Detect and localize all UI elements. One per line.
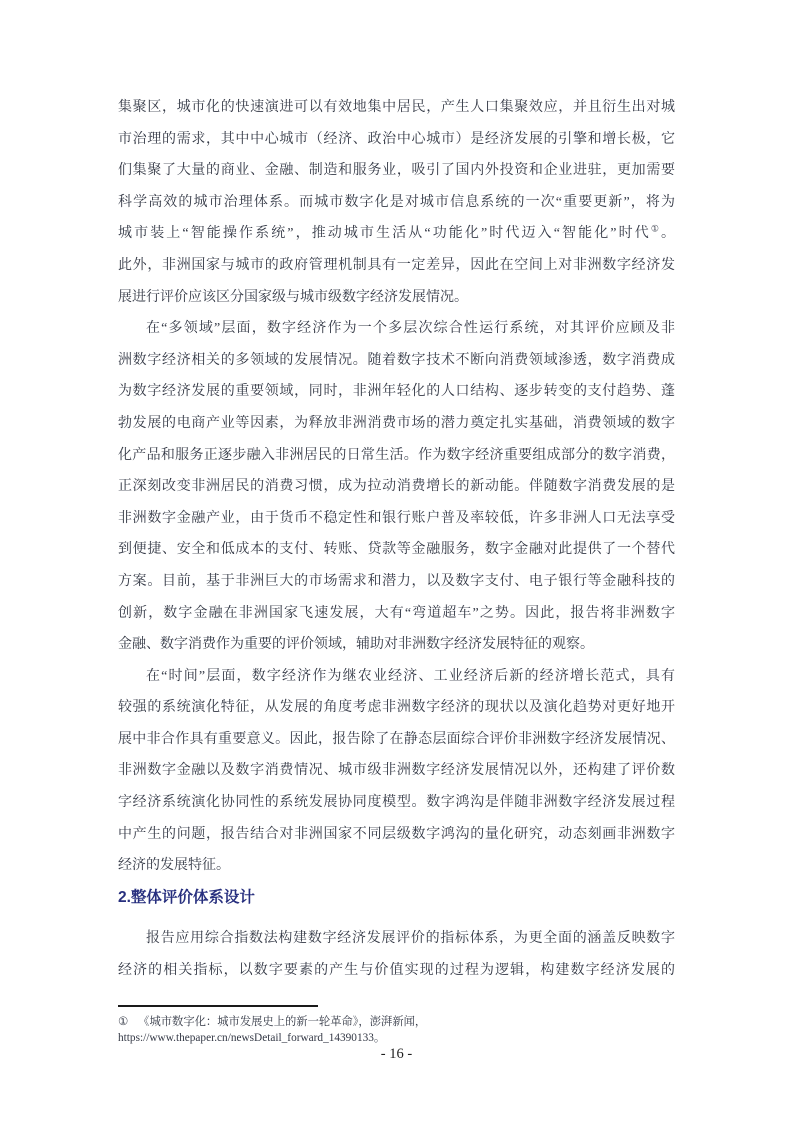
text-line: 正深刻改变非洲居民的消费习惯，成为拉动消费增长的新动能。伴随数字消费发展的是 — [118, 471, 675, 503]
text-line: 到便捷、安全和低成本的支付、转账、贷款等金融服务，数字金融对此提供了一个替代 — [118, 534, 675, 566]
text-line: 在“时间”层面，数字经济作为继农业经济、工业经济后新的经济增长范式，具有 — [118, 661, 675, 693]
text-line: 化产品和服务正逐步融入非洲居民的日常生活。作为数字经济重要组成部分的数字消费， — [118, 440, 675, 472]
text-line: 非洲数字金融产业，由于货币不稳定性和银行账户普及率较低，许多非洲人口无法享受 — [118, 503, 675, 535]
text-line: 字经济系统演化协同性的系统发展协同度模型。数字鸿沟是伴随非洲数字经济发展过程 — [118, 787, 675, 819]
text-line: 为数字经济发展的重要领域，同时，非洲年轻化的人口结构、逐步转变的支付趋势、蓬 — [118, 376, 675, 408]
document-page: 集聚区，城市化的快速演进可以有效地集中居民，产生人口集聚效应，并且衍生出对城市治… — [0, 0, 793, 1122]
text-line: 集聚区，城市化的快速演进可以有效地集中居民，产生人口集聚效应，并且衍生出对城 — [118, 92, 675, 124]
footnote-marker: ① — [118, 1016, 128, 1028]
text-line: 在“多领域”层面，数字经济作为一个多层次综合性运行系统，对其评价应顾及非 — [118, 313, 675, 345]
page-number: - 16 - — [0, 1046, 793, 1063]
text-line: 市治理的需求，其中中心城市（经济、政治中心城市）是经济发展的引擎和增长极，它 — [118, 124, 675, 156]
section-heading: 2.整体评价体系设计 — [118, 882, 675, 914]
footnote-ref-superscript: ① — [651, 224, 661, 234]
text-line: 洲数字经济相关的多领域的发展情况。随着数字技术不断向消费领域渗透，数字消费成 — [118, 345, 675, 377]
document-body: 集聚区，城市化的快速演进可以有效地集中居民，产生人口集聚效应，并且衍生出对城市治… — [118, 92, 675, 987]
text-line: 较强的系统演化特征，从发展的角度考虑非洲数字经济的现状以及演化趋势对更好地开 — [118, 692, 675, 724]
text-line: 们集聚了大量的商业、金融、制造和服务业，吸引了国内外投资和企业进驻，更加需要 — [118, 155, 675, 187]
text-line: 中产生的问题，报告结合对非洲国家不同层级数字鸿沟的量化研究，动态刻画非洲数字 — [118, 819, 675, 851]
text-line: 经济的相关指标，以数字要素的产生与价值实现的过程为逻辑，构建数字经济发展的 — [118, 955, 675, 987]
text-line: 展中非合作具有重要意义。因此，报告除了在静态层面综合评价非洲数字经济发展情况、 — [118, 724, 675, 756]
text-line: 科学高效的城市治理体系。而城市数字化是对城市信息系统的一次“重要更新”，将为 — [118, 187, 675, 219]
text-line: 城市装上“智能操作系统”，推动城市生活从“功能化”时代迈入“智能化”时代①。 — [118, 218, 675, 250]
text-line: 经济的发展特征。 — [118, 850, 675, 882]
text-line: 展进行评价应该区分国家级与城市级数字经济发展情况。 — [118, 282, 675, 314]
footnote-text: 《城市数字化：城市发展史上的新一轮革命》，澎湃新闻，https://www.th… — [118, 1016, 426, 1044]
footnote-area: ①《城市数字化：城市发展史上的新一轮革命》，澎湃新闻，https://www.t… — [118, 1005, 675, 1046]
text-line: 金融、数字消费作为重要的评价领域，辅助对非洲数字经济发展特征的观察。 — [118, 629, 675, 661]
text-line: 方案。目前，基于非洲巨大的市场需求和潜力，以及数字支付、电子银行等金融科技的 — [118, 566, 675, 598]
text-line: 非洲数字金融以及数字消费情况、城市级非洲数字经济发展情况以外，还构建了评价数 — [118, 755, 675, 787]
footnote: ①《城市数字化：城市发展史上的新一轮革命》，澎湃新闻，https://www.t… — [118, 1014, 675, 1046]
text-line: 此外，非洲国家与城市的政府管理机制具有一定差异，因此在空间上对非洲数字经济发 — [118, 250, 675, 282]
text-line: 创新，数字金融在非洲国家飞速发展，大有“弯道超车”之势。因此，报告将非洲数字 — [118, 598, 675, 630]
text-line: 勃发展的电商产业等因素，为释放非洲消费市场的潜力奠定扎实基础，消费领域的数字 — [118, 408, 675, 440]
text-line: 报告应用综合指数法构建数字经济发展评价的指标体系，为更全面的涵盖反映数字 — [118, 923, 675, 955]
footnote-separator-line — [118, 1005, 318, 1007]
